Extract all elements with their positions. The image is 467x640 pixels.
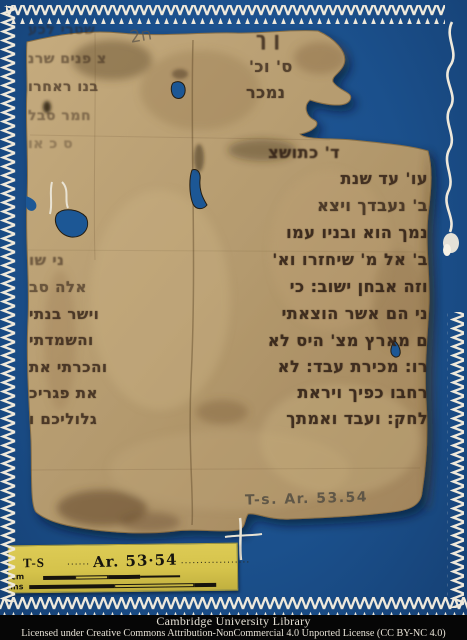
ins-unit-label: ins xyxy=(10,582,23,591)
manuscript-line: רחבו כפיך ויראת xyxy=(298,383,428,402)
manuscript-line: שטרי לכע xyxy=(28,22,95,38)
classmark-number: Ar. 53·54 xyxy=(93,551,178,572)
license-text: Licensed under Creative Commons Attribut… xyxy=(0,628,467,639)
manuscript-line: ב' נעבדך ויצא xyxy=(317,196,428,215)
manuscript-line: וישר בנתי xyxy=(29,305,99,323)
manuscript-line: צ פנים שרנ xyxy=(28,51,107,67)
manuscript-line: לחק: ועבד ואמתך xyxy=(286,409,428,428)
library-name: Cambridge University Library xyxy=(0,615,467,628)
attribution-footer: Cambridge University Library Licensed un… xyxy=(0,615,467,640)
manuscript-line: ד' כתושצ xyxy=(268,143,340,162)
classmark-row: T-S ...... Ar. 53·54 .................. xyxy=(23,550,254,571)
digitized-manuscript-photo: שטרי לכע צ פנים שרנ בנו ראחרו חמר סבל ס … xyxy=(0,0,467,640)
manuscript-line: ני שו xyxy=(29,251,64,269)
classmark-label: T-S ...... Ar. 53·54 .................. … xyxy=(8,543,239,594)
manuscript-line: ן ך xyxy=(256,29,280,50)
manuscript-line: ס' וכ' xyxy=(249,57,293,76)
cm-unit-label: cm xyxy=(11,572,24,581)
manuscript-line: ב' אל מ' שיחזרו וא' xyxy=(272,250,428,269)
manuscript-line: וזה אבחן ישוב: כי xyxy=(290,277,428,296)
pencil-shelfmark: T-s. Ar. 53.54 xyxy=(245,489,368,508)
manuscript-line: והשמדתי xyxy=(29,331,94,349)
manuscript-line: והכרתי את xyxy=(29,358,108,376)
cm-scale-bar xyxy=(43,574,180,580)
manuscript-line: ני הם אשר הוצאתי xyxy=(282,304,428,323)
pencil-note: 2ח xyxy=(128,24,153,48)
manuscript-line: אלה סב xyxy=(29,278,87,296)
ins-scale-bar xyxy=(29,583,216,589)
manuscript-line: בנו ראחרו xyxy=(28,79,99,95)
leader-dots: ...... xyxy=(67,557,90,567)
manuscript-line: ס כ או xyxy=(28,136,73,152)
manuscript-line: ם מארץ מצ' היס לא xyxy=(268,331,428,350)
manuscript-line: נמכר xyxy=(246,83,286,102)
manuscript-line: עו' עד שנת xyxy=(340,169,428,188)
manuscript-line: נמך הוא ובניו עמו xyxy=(286,223,428,242)
classmark-prefix: T-S xyxy=(23,555,45,571)
manuscript-line: את פגריכ xyxy=(29,384,98,402)
manuscript-line: רו: מכירת עבד: לא xyxy=(278,357,428,376)
manuscript-line: חמר סבל xyxy=(28,108,91,124)
manuscript-line: גלוליכם ו xyxy=(29,410,97,428)
leader-dots: .................. xyxy=(181,555,251,566)
